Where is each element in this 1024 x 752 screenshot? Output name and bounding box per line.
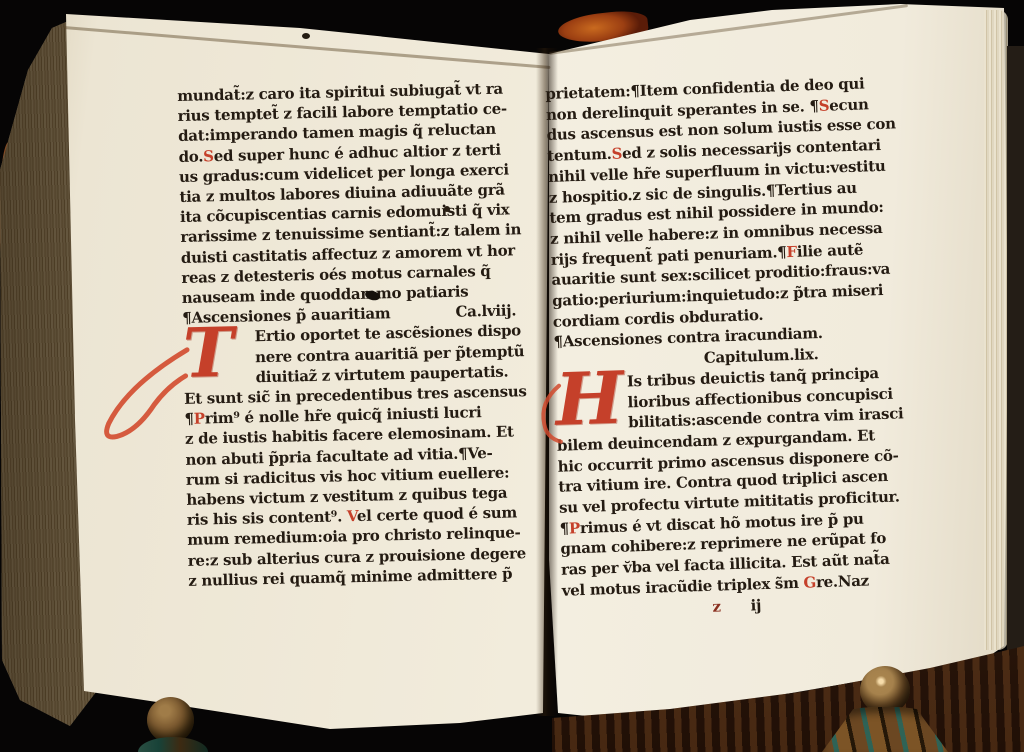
signature-left: z [712,596,721,617]
book-photo: mundat̃:z caro ita spiritui subiugat̃ vt… [0,0,1024,752]
signature-right: ij [750,595,761,616]
right-text-lines-after: bilem deuincendam z expurgandam. Ethic o… [557,424,928,602]
chapter-number: Ca.lviij. [455,301,516,323]
initial-paragraph: H Is tribus deuictis tanq̃ principaliori… [555,362,923,436]
brass-ball-icon [860,666,910,714]
drop-cap-initial: H [555,371,629,430]
initial-flourish-icon [83,346,195,438]
drop-cap-initial: T [183,327,256,386]
left-text-lines: mundat̃:z caro ita spiritui subiugat̃ vt… [177,78,520,308]
right-text-lines: prietatem:¶Item confidentia de deo quino… [545,72,920,353]
finial-base [138,737,208,752]
ink-stain [302,33,310,39]
cover-edge-right [1007,46,1024,658]
initial-paragraph: T Ertio oportet te ascẽsiones disponere … [183,321,522,389]
right-page-edges [984,10,1008,650]
right-page-text: prietatem:¶Item confidentia de deo quino… [545,72,929,622]
initial-flourish-icon [529,379,571,450]
left-text-lines-after: Et sunt sic̃ in precedentibus tres ascen… [184,381,526,591]
ink-stain [444,206,450,212]
left-page-text: mundat̃:z caro ita spiritui subiugat̃ vt… [177,78,526,591]
